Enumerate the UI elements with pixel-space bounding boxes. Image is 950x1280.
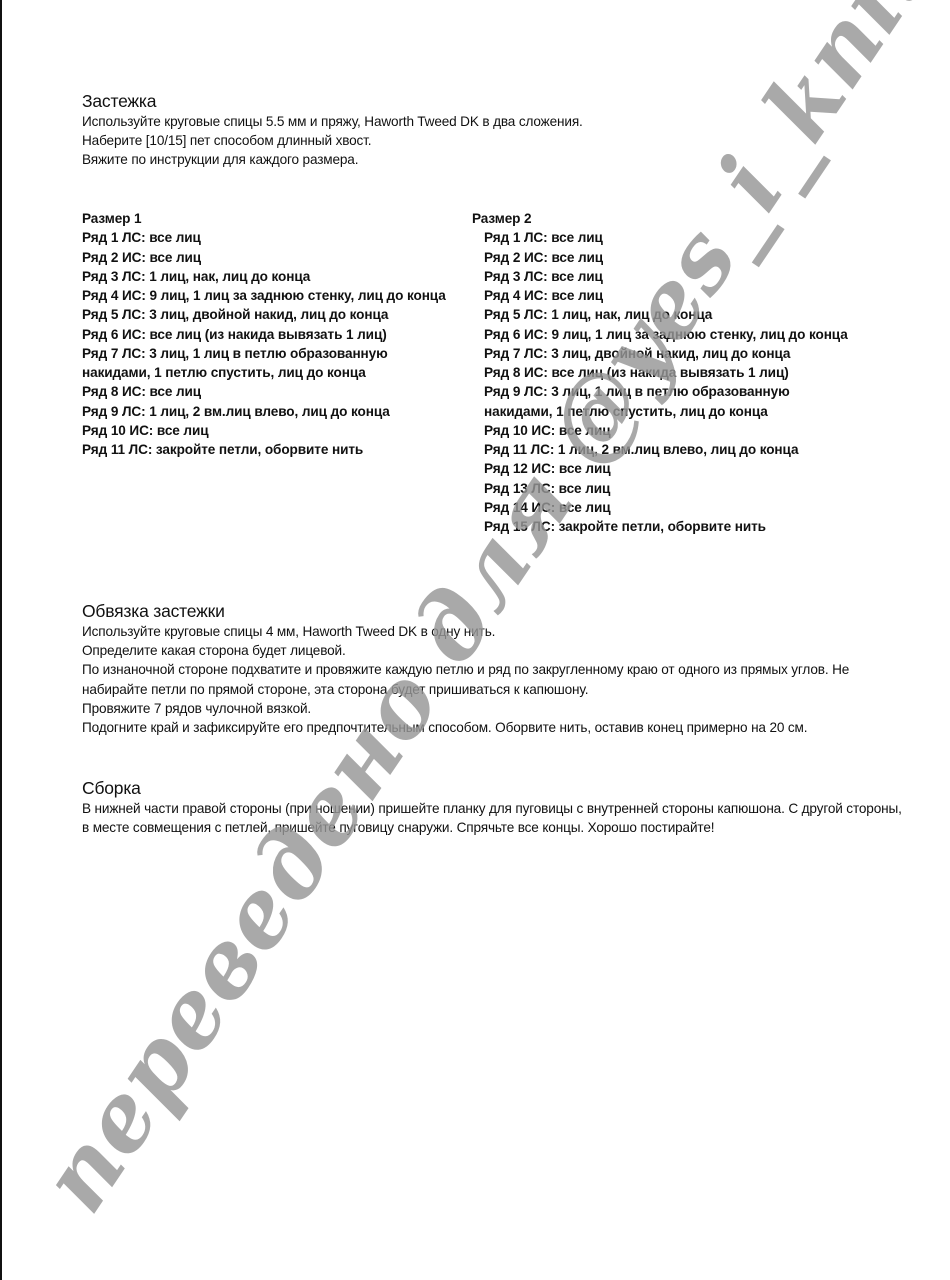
row-instruction: Ряд 3 ЛС: 1 лиц, нак, лиц до конца xyxy=(82,267,462,286)
size-1-column: Размер 1 Ряд 1 ЛС: все лиц Ряд 2 ИС: все… xyxy=(82,209,462,459)
row-instruction: Ряд 5 ЛС: 3 лиц, двойной накид, лиц до к… xyxy=(82,305,462,324)
row-instruction: Ряд 15 ЛС: закройте петли, оборвите нить xyxy=(472,517,912,536)
row-instruction: Ряд 2 ИС: все лиц xyxy=(472,248,912,267)
row-instruction: Ряд 7 ЛС: 3 лиц, 1 лиц в петлю образован… xyxy=(82,344,412,383)
section-assembly: Сборка В нижней части правой стороны (пр… xyxy=(82,777,902,837)
size-2-column: Размер 2 Ряд 1 ЛС: все лиц Ряд 2 ИС: все… xyxy=(472,209,912,536)
row-instruction: Ряд 13 ЛС: все лиц xyxy=(472,479,912,498)
row-instruction: Ряд 11 ЛС: закройте петли, оборвите нить xyxy=(82,440,462,459)
section-title-fastener: Застежка xyxy=(82,90,583,112)
section-fastener: Застежка Используйте круговые спицы 5.5 … xyxy=(82,90,583,170)
edging-line: Используйте круговые спицы 4 мм, Haworth… xyxy=(82,622,902,641)
row-instruction: Ряд 9 ЛС: 3 лиц, 1 лиц в петлю образован… xyxy=(472,382,814,421)
fastener-line: Используйте круговые спицы 5.5 мм и пряж… xyxy=(82,112,583,131)
section-title-edging: Обвязка застежки xyxy=(82,600,902,622)
row-instruction: Ряд 5 ЛС: 1 лиц, нак, лиц до конца xyxy=(472,305,912,324)
row-instruction: Ряд 6 ИС: все лиц (из накида вывязать 1 … xyxy=(82,325,462,344)
row-instruction: Ряд 10 ИС: все лиц xyxy=(472,421,912,440)
row-instruction: Ряд 4 ИС: все лиц xyxy=(472,286,912,305)
row-instruction: Ряд 11 ЛС: 1 лиц, 2 вм.лиц влево, лиц до… xyxy=(472,440,912,459)
size-instructions: Размер 1 Ряд 1 ЛС: все лиц Ряд 2 ИС: все… xyxy=(82,209,902,539)
section-fastener-edging: Обвязка застежки Используйте круговые сп… xyxy=(82,600,902,737)
assembly-text: В нижней части правой стороны (при ношен… xyxy=(82,799,902,837)
row-instruction: Ряд 4 ИС: 9 лиц, 1 лиц за заднюю стенку,… xyxy=(82,286,452,305)
row-instruction: Ряд 2 ИС: все лиц xyxy=(82,248,462,267)
size-1-heading: Размер 1 xyxy=(82,209,462,228)
edging-line: Определите какая сторона будет лицевой. xyxy=(82,641,902,660)
row-instruction: Ряд 1 ЛС: все лиц xyxy=(82,228,462,247)
row-instruction: Ряд 3 ЛС: все лиц xyxy=(472,267,912,286)
edging-line: Провяжите 7 рядов чулочной вязкой. xyxy=(82,699,902,718)
row-instruction: Ряд 10 ИС: все лиц xyxy=(82,421,462,440)
row-instruction: Ряд 1 ЛС: все лиц xyxy=(472,228,912,247)
page-left-border xyxy=(0,0,2,1280)
row-instruction: Ряд 12 ИС: все лиц xyxy=(472,459,912,478)
row-instruction: Ряд 8 ИС: все лиц (из накида вывязать 1 … xyxy=(472,363,912,382)
size-2-heading: Размер 2 xyxy=(472,209,912,228)
section-title-assembly: Сборка xyxy=(82,777,902,799)
fastener-line: Наберите [10/15] пет способом длинный хв… xyxy=(82,131,583,150)
row-instruction: Ряд 8 ИС: все лиц xyxy=(82,382,462,401)
edging-line: По изнаночной стороне подхватите и провя… xyxy=(82,660,902,698)
fastener-line: Вяжите по инструкции для каждого размера… xyxy=(82,150,583,169)
row-instruction: Ряд 6 ИС: 9 лиц, 1 лиц за заднюю стенку,… xyxy=(472,325,912,344)
row-instruction: Ряд 14 ИС: все лиц xyxy=(472,498,912,517)
edging-line: Подогните край и зафиксируйте его предпо… xyxy=(82,718,902,737)
row-instruction: Ряд 9 ЛС: 1 лиц, 2 вм.лиц влево, лиц до … xyxy=(82,402,462,421)
row-instruction: Ряд 7 ЛС: 3 лиц, двойной накид, лиц до к… xyxy=(472,344,912,363)
